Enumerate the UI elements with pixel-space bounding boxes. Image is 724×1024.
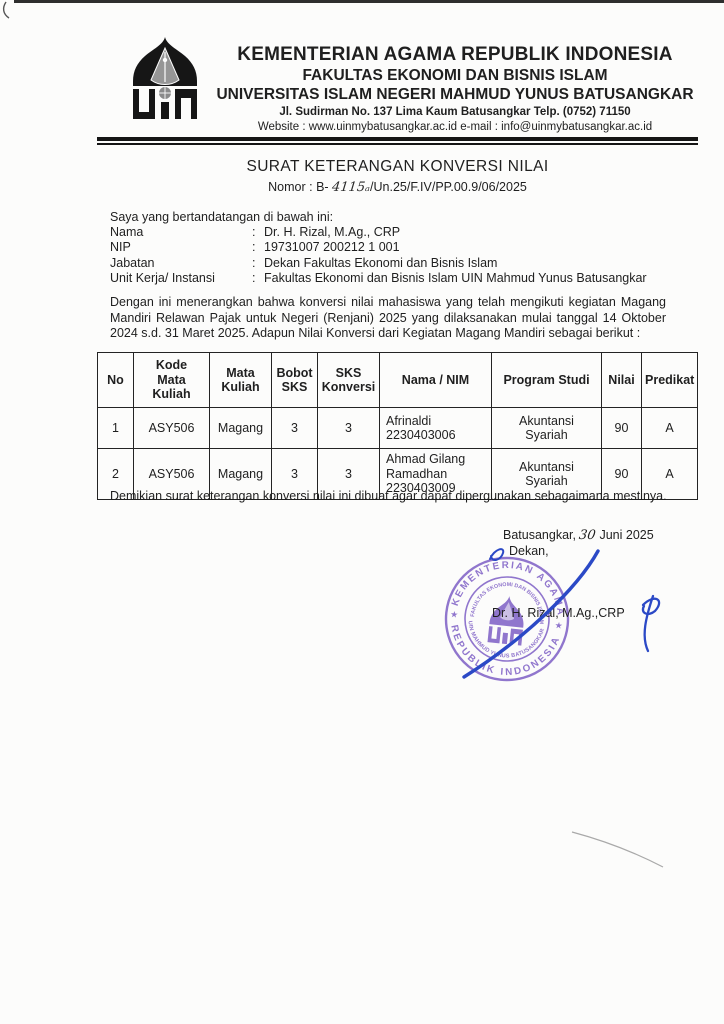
ministry-name: KEMENTERIAN AGAMA REPUBLIK INDONESIA [208,44,702,66]
identity-row: Nama : Dr. H. Rizal, M.Ag., CRP [110,225,666,240]
scanned-letter-page: KEMENTERIAN AGAMA REPUBLIK INDONESIA FAK… [0,0,724,1024]
statement-paragraph: Dengan ini menerangkan bahwa konversi ni… [110,295,666,342]
document-title: SURAT KETERANGAN KONVERSI NILAI [97,158,698,176]
table-cell-nama-nim: Afrinaldi 2230403006 [380,408,492,449]
date-handwritten: 30 [578,528,597,543]
table-header-row: No Kode Mata Kuliah Mata Kuliah Bobot SK… [98,353,698,408]
identity-colon: : [252,271,264,286]
identity-colon: : [252,256,264,271]
conversion-table: No Kode Mata Kuliah Mata Kuliah Bobot SK… [97,352,698,500]
identity-value: 19731007 200212 1 001 [264,240,666,255]
date-text: Juni 2025 [599,528,653,542]
table-header-cell: Nilai [602,353,642,408]
identity-row: NIP : 19731007 200212 1 001 [110,240,666,255]
identity-value: Dekan Fakultas Ekonomi dan Bisnis Islam [264,256,666,271]
signature-paraf-loop [643,599,659,614]
table-header-cell: Nama / NIM [380,353,492,408]
table-cell: 90 [602,408,642,449]
identity-label: Nama [110,225,252,240]
table-row: 1 ASY506 Magang 3 3 Afrinaldi 2230403006… [98,408,698,449]
table-cell: Magang [210,408,272,449]
identity-value: Fakultas Ekonomi dan Bisnis Islam UIN Ma… [264,271,666,286]
place-date-line: Batusangkar, 30 Juni 2025 [503,528,654,543]
identity-colon: : [252,240,264,255]
number-prefix: Nomor : B- [268,180,332,194]
table-cell: 3 [318,408,380,449]
number-handwritten: 4115ₐ [331,180,371,195]
ink-overlay [0,0,724,1024]
website-email-line: Website : www.uinmybatusangkar.ac.id e-m… [208,121,702,135]
identity-row: Unit Kerja/ Instansi : Fakultas Ekonomi … [110,271,666,286]
table-header-cell: Program Studi [492,353,602,408]
signature-paraf-tail [645,596,653,651]
letterhead: KEMENTERIAN AGAMA REPUBLIK INDONESIA FAK… [208,44,702,134]
table-header-cell: Bobot SKS [272,353,318,408]
university-name: UNIVERSITAS ISLAM NEGERI MAHMUD YUNUS BA… [208,86,702,104]
identity-label: Jabatan [110,256,252,271]
table-header-cell: Kode Mata Kuliah [134,353,210,408]
table-cell: 3 [272,408,318,449]
table-header-cell: Mata Kuliah [210,353,272,408]
identity-label: Unit Kerja/ Instansi [110,271,252,286]
stamp-star-right: ★ [554,620,563,631]
signer-name: Dr. H. Rizal, M.Ag.,CRP [492,606,625,620]
scan-artifact-crease [572,832,663,867]
identity-label: NIP [110,240,252,255]
stamp-star-left: ★ [450,609,459,620]
identity-colon: : [252,225,264,240]
table-cell: Akuntansi Syariah [492,408,602,449]
place-text: Batusangkar, [503,528,576,542]
identity-row: Jabatan : Dekan Fakultas Ekonomi dan Bis… [110,256,666,271]
scan-artifact-corner [4,2,9,18]
faculty-name: FAKULTAS EKONOMI DAN BISNIS ISLAM [208,67,702,85]
identity-value: Dr. H. Rizal, M.Ag., CRP [264,225,666,240]
table-header-cell: SKS Konversi [318,353,380,408]
address-line: Jl. Sudirman No. 137 Lima Kaum Batusangk… [208,106,702,120]
document-number: Nomor : B- 4115ₐ/Un.25/F.IV/PP.00.9/06/2… [97,180,698,195]
letterhead-divider [97,137,698,145]
closing-line: Demikian surat keterangan konversi nilai… [110,489,670,503]
uin-logo-icon [117,36,213,120]
table-cell: 1 [98,408,134,449]
table-cell: A [642,408,698,449]
table-cell: ASY506 [134,408,210,449]
intro-line: Saya yang bertandatangan di bawah ini: [110,210,666,225]
table-header-cell: Predikat [642,353,698,408]
scan-artifact-top-edge [14,0,724,3]
table-header-cell: No [98,353,134,408]
signer-position: Dekan, [509,544,549,558]
number-suffix: /Un.25/F.IV/PP.00.9/06/2025 [370,180,527,194]
letter-body: Saya yang bertandatangan di bawah ini: N… [110,210,666,342]
